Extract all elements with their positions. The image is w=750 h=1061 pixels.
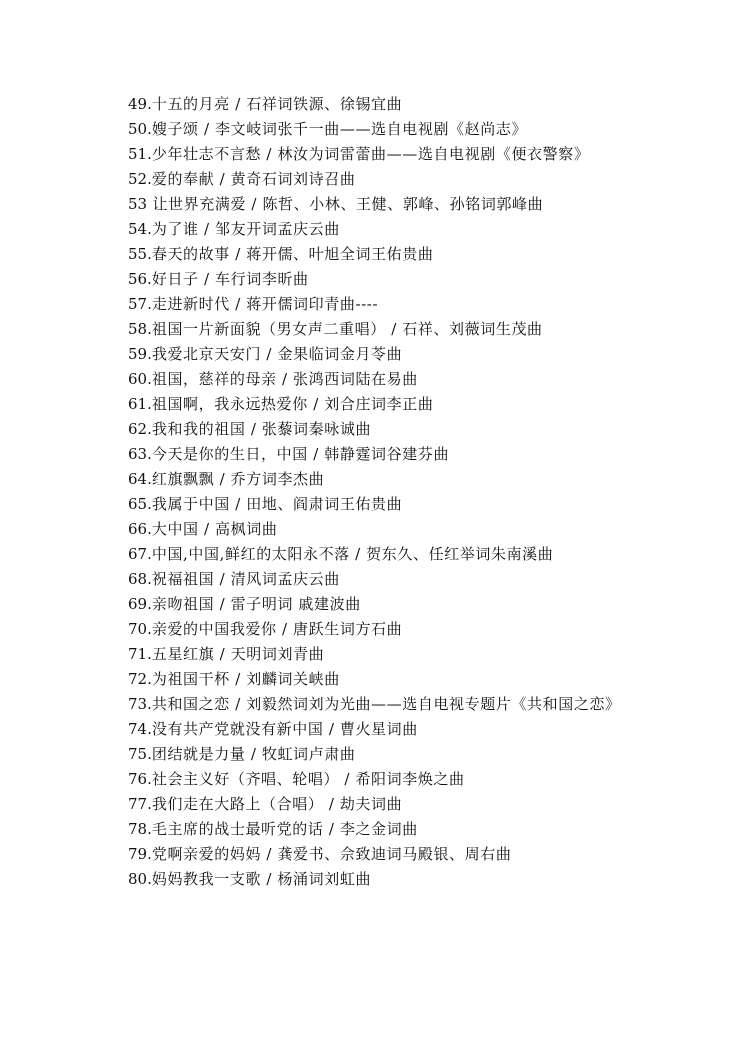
item-number: 73. <box>128 695 152 713</box>
item-number: 62. <box>128 420 152 438</box>
list-item: 55.春天的故事 / 蒋开儒、叶旭全词王佑贵曲 <box>112 242 624 267</box>
item-number: 78. <box>128 820 152 838</box>
list-item: 71.五星红旗 / 天明词刘青曲 <box>112 642 624 667</box>
item-text: 为祖国干杯 / 刘麟词关峡曲 <box>152 670 340 688</box>
item-text: 祖国啊，我永远热爱你 / 刘合庄词李正曲 <box>152 395 434 413</box>
item-text: 今天是你的生日，中国 / 韩静霆词谷建芬曲 <box>152 445 449 463</box>
list-item: 56.好日子 / 车行词李昕曲 <box>112 267 624 292</box>
item-text: 为了谁 / 邹友开词孟庆云曲 <box>152 220 340 238</box>
list-item: 49.十五的月亮 / 石祥词铁源、徐锡宜曲 <box>112 92 624 117</box>
item-text: 嫂子颂 / 李文岐词张千一曲——选自电视剧《赵尚志》 <box>152 120 527 138</box>
list-item: 76.社会主义好（齐唱、轮唱） / 希阳词李焕之曲 <box>112 767 624 792</box>
list-item: 50.嫂子颂 / 李文岐词张千一曲——选自电视剧《赵尚志》 <box>112 117 624 142</box>
item-number: 66. <box>128 520 152 538</box>
list-item: 73.共和国之恋 / 刘毅然词刘为光曲——选自电视专题片《共和国之恋》 <box>112 692 624 717</box>
item-number: 79. <box>128 845 152 863</box>
list-item: 51.少年壮志不言愁 / 林汝为词雷蕾曲——选自电视剧《便衣警察》 <box>112 142 624 167</box>
list-item: 69.亲吻祖国 / 雷子明词 戚建波曲 <box>112 592 624 617</box>
list-item: 64.红旗飘飘 / 乔方词李杰曲 <box>112 467 624 492</box>
song-list: 49.十五的月亮 / 石祥词铁源、徐锡宜曲 50.嫂子颂 / 李文岐词张千一曲—… <box>112 92 624 892</box>
item-number: 59. <box>128 345 152 363</box>
item-text: 中国,中国,鲜红的太阳永不落 / 贺东久、任红举词朱南溪曲 <box>152 545 554 563</box>
item-text: 没有共产党就没有新中国 / 曹火星词曲 <box>152 720 418 738</box>
list-item: 70.亲爱的中国我爱你 / 唐跃生词方石曲 <box>112 617 624 642</box>
item-text: 亲吻祖国 / 雷子明词 戚建波曲 <box>152 595 361 613</box>
list-item: 66.大中国 / 高枫词曲 <box>112 517 624 542</box>
item-number: 61. <box>128 395 152 413</box>
list-item: 65.我属于中国 / 田地、阎肃词王佑贵曲 <box>112 492 624 517</box>
item-number: 75. <box>128 745 152 763</box>
item-text: 我爱北京天安门 / 金果临词金月苓曲 <box>152 345 402 363</box>
item-number: 76. <box>128 770 152 788</box>
item-text: 团结就是力量 / 牧虹词卢肃曲 <box>152 745 356 763</box>
item-number: 55. <box>128 245 152 263</box>
item-text: 少年壮志不言愁 / 林汝为词雷蕾曲——选自电视剧《便衣警察》 <box>152 145 590 163</box>
list-item: 60.祖国，慈祥的母亲 / 张鸿西词陆在易曲 <box>112 367 624 392</box>
item-text: 亲爱的中国我爱你 / 唐跃生词方石曲 <box>152 620 402 638</box>
item-number: 74. <box>128 720 152 738</box>
item-number: 69. <box>128 595 152 613</box>
item-number: 77. <box>128 795 152 813</box>
item-number: 65. <box>128 495 152 513</box>
item-text: 我们走在大路上（合唱） / 劫夫词曲 <box>152 795 402 813</box>
item-text: 爱的奉献 / 黄奇石词刘诗召曲 <box>152 170 356 188</box>
list-item: 59.我爱北京天安门 / 金果临词金月苓曲 <box>112 342 624 367</box>
item-number: 72. <box>128 670 152 688</box>
list-item: 80.妈妈教我一支歌 / 杨涌词刘虹曲 <box>112 867 624 892</box>
item-number: 68. <box>128 570 152 588</box>
item-number: 60. <box>128 370 152 388</box>
item-number: 71. <box>128 645 152 663</box>
item-text: 我和我的祖国 / 张藜词秦咏诚曲 <box>152 420 371 438</box>
item-text: 走进新时代 / 蒋开儒词印青曲---- <box>152 295 378 313</box>
item-text: 五星红旗 / 天明词刘青曲 <box>152 645 324 663</box>
item-number: 52. <box>128 170 152 188</box>
list-item: 62.我和我的祖国 / 张藜词秦咏诚曲 <box>112 417 624 442</box>
item-text: 好日子 / 车行词李昕曲 <box>152 270 309 288</box>
list-item: 67.中国,中国,鲜红的太阳永不落 / 贺东久、任红举词朱南溪曲 <box>112 542 624 567</box>
list-item: 52.爱的奉献 / 黄奇石词刘诗召曲 <box>112 167 624 192</box>
item-number: 53 <box>128 195 147 213</box>
list-item: 68.祝福祖国 / 清风词孟庆云曲 <box>112 567 624 592</box>
item-text: 红旗飘飘 / 乔方词李杰曲 <box>152 470 324 488</box>
item-text: 我属于中国 / 田地、阎肃词王佑贵曲 <box>152 495 402 513</box>
list-item: 57.走进新时代 / 蒋开儒词印青曲---- <box>112 292 624 317</box>
item-number: 50. <box>128 120 152 138</box>
item-number: 56. <box>128 270 152 288</box>
list-item: 75.团结就是力量 / 牧虹词卢肃曲 <box>112 742 624 767</box>
list-item: 72.为祖国干杯 / 刘麟词关峡曲 <box>112 667 624 692</box>
list-item: 58.祖国一片新面貌（男女声二重唱） / 石祥、刘薇词生茂曲 <box>112 317 624 342</box>
item-text: 春天的故事 / 蒋开儒、叶旭全词王佑贵曲 <box>152 245 434 263</box>
item-number: 80. <box>128 870 152 888</box>
list-item: 77.我们走在大路上（合唱） / 劫夫词曲 <box>112 792 624 817</box>
item-text: 大中国 / 高枫词曲 <box>152 520 278 538</box>
item-text: 社会主义好（齐唱、轮唱） / 希阳词李焕之曲 <box>152 770 465 788</box>
item-text: 让世界充满爱 / 陈哲、小林、王健、郭峰、孙铭词郭峰曲 <box>152 195 543 213</box>
item-number: 70. <box>128 620 152 638</box>
list-item: 53 让世界充满爱 / 陈哲、小林、王健、郭峰、孙铭词郭峰曲 <box>112 192 624 217</box>
item-number: 63. <box>128 445 152 463</box>
item-text: 十五的月亮 / 石祥词铁源、徐锡宜曲 <box>152 95 402 113</box>
item-number: 58. <box>128 320 152 338</box>
list-item: 79.党啊亲爱的妈妈 / 龚爱书、佘致迪词马殿银、周右曲 <box>112 842 624 867</box>
item-text: 祝福祖国 / 清风词孟庆云曲 <box>152 570 340 588</box>
item-number: 67. <box>128 545 152 563</box>
item-number: 64. <box>128 470 152 488</box>
list-item: 78.毛主席的战士最听党的话 / 李之金词曲 <box>112 817 624 842</box>
item-number: 49. <box>128 95 152 113</box>
item-text: 祖国一片新面貌（男女声二重唱） / 石祥、刘薇词生茂曲 <box>152 320 543 338</box>
list-item: 63.今天是你的生日，中国 / 韩静霆词谷建芬曲 <box>112 442 624 467</box>
list-item: 54.为了谁 / 邹友开词孟庆云曲 <box>112 217 624 242</box>
item-number: 57. <box>128 295 152 313</box>
item-text: 党啊亲爱的妈妈 / 龚爱书、佘致迪词马殿银、周右曲 <box>152 845 512 863</box>
item-text: 祖国，慈祥的母亲 / 张鸿西词陆在易曲 <box>152 370 418 388</box>
item-number: 51. <box>128 145 152 163</box>
item-number: 54. <box>128 220 152 238</box>
list-item: 61.祖国啊，我永远热爱你 / 刘合庄词李正曲 <box>112 392 624 417</box>
item-text: 妈妈教我一支歌 / 杨涌词刘虹曲 <box>152 870 371 888</box>
list-item: 74.没有共产党就没有新中国 / 曹火星词曲 <box>112 717 624 742</box>
item-text: 共和国之恋 / 刘毅然词刘为光曲——选自电视专题片《共和国之恋》 <box>152 695 621 713</box>
item-text: 毛主席的战士最听党的话 / 李之金词曲 <box>152 820 418 838</box>
